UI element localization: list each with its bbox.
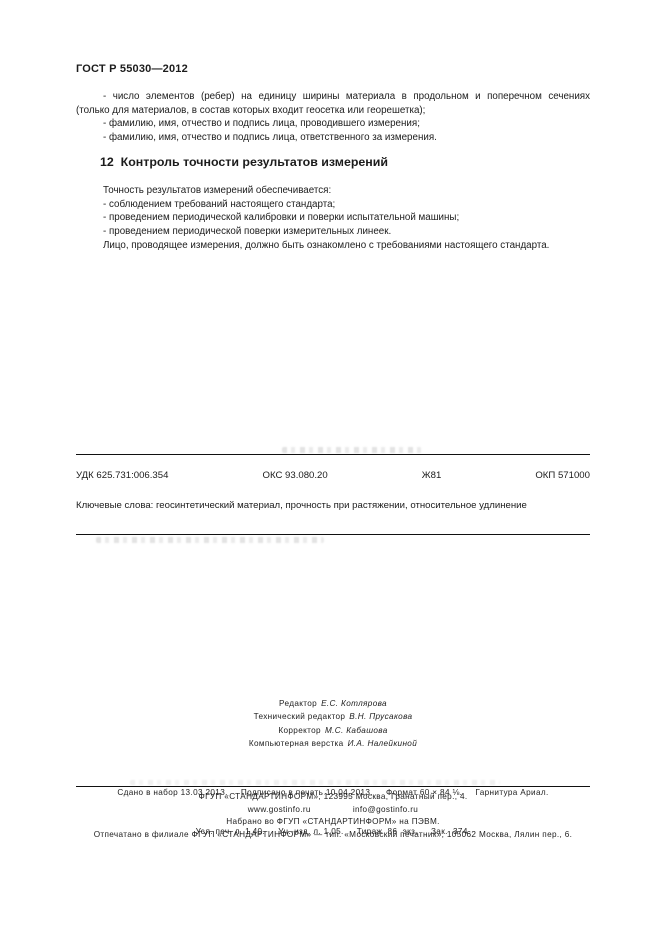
list-item: - фамилию, имя, отчество и подпись лица,… xyxy=(76,131,590,145)
staff-name: В.Н. Прусакова xyxy=(349,712,412,721)
publisher-contact-line: www.gostinfo.ruinfo@gostinfo.ru xyxy=(76,804,590,817)
horizontal-rule xyxy=(76,534,590,535)
list-item: - число элементов (ребер) на единицу шир… xyxy=(76,90,590,104)
section-heading: 12 Контроль точности результатов измерен… xyxy=(76,155,590,169)
keywords-line: Ключевые слова: геосинтетический материа… xyxy=(76,500,590,511)
list-item: - проведением периодической калибровки и… xyxy=(76,211,590,225)
oks-code: ОКС 93.080.20 xyxy=(263,470,328,481)
paragraph-line: Лицо, проводящее измерения, должно быть … xyxy=(76,239,590,253)
okp-code: ОКП 571000 xyxy=(535,470,590,481)
staff-name: М.С. Кабашова xyxy=(325,726,388,735)
publisher-website: www.gostinfo.ru xyxy=(248,805,311,814)
staff-line: КорректорМ.С. Кабашова xyxy=(76,724,590,737)
document-page: ГОСТ Р 55030—2012 - число элементов (реб… xyxy=(0,0,661,936)
horizontal-rule xyxy=(76,454,590,455)
list-item: - фамилию, имя, отчество и подпись лица,… xyxy=(76,117,590,131)
list-item: - проведением периодической поверки изме… xyxy=(76,225,590,239)
editorial-staff-block: РедакторЕ.С. Котлярова Технический редак… xyxy=(76,697,590,751)
doc-number: ГОСТ Р 55030—2012 xyxy=(76,63,188,75)
classification-codes-row: УДК 625.731:006.354 ОКС 93.080.20 Ж81 ОК… xyxy=(76,470,590,481)
printed-at-line: Отпечатано в филиале ФГУП «СТАНДАРТИНФОР… xyxy=(76,829,590,842)
zh-code: Ж81 xyxy=(422,470,442,481)
staff-role: Технический редактор xyxy=(254,712,346,721)
publisher-address-line: ФГУП «СТАНДАРТИНФОРМ», 123995 Москва, Гр… xyxy=(76,791,590,804)
list-item: - соблюдением требований настоящего стан… xyxy=(76,198,590,212)
paragraph-line: Точность результатов измерений обеспечив… xyxy=(76,184,590,198)
staff-name: Е.С. Котлярова xyxy=(321,699,387,708)
staff-role: Корректор xyxy=(278,726,321,735)
staff-role: Редактор xyxy=(279,699,317,708)
scan-artifact xyxy=(130,780,500,785)
list-item-continuation: (только для материалов, в состав которых… xyxy=(76,104,590,118)
staff-role: Компьютерная верстка xyxy=(249,739,344,748)
scan-artifact xyxy=(96,537,324,543)
section-paragraph: Точность результатов измерений обеспечив… xyxy=(76,184,590,253)
publisher-block: ФГУП «СТАНДАРТИНФОРМ», 123995 Москва, Гр… xyxy=(76,791,590,842)
requirements-list: - число элементов (ребер) на единицу шир… xyxy=(76,90,590,145)
staff-line: Компьютерная версткаИ.А. Налейкиной xyxy=(76,737,590,750)
typeset-line: Набрано во ФГУП «СТАНДАРТИНФОРМ» на ПЭВМ… xyxy=(76,816,590,829)
scan-artifact xyxy=(282,447,422,453)
staff-line: Технический редакторВ.Н. Прусакова xyxy=(76,710,590,723)
publisher-email: info@gostinfo.ru xyxy=(353,805,418,814)
udk-code: УДК 625.731:006.354 xyxy=(76,470,168,481)
staff-line: РедакторЕ.С. Котлярова xyxy=(76,697,590,710)
staff-name: И.А. Налейкиной xyxy=(348,739,418,748)
horizontal-rule xyxy=(76,786,590,787)
